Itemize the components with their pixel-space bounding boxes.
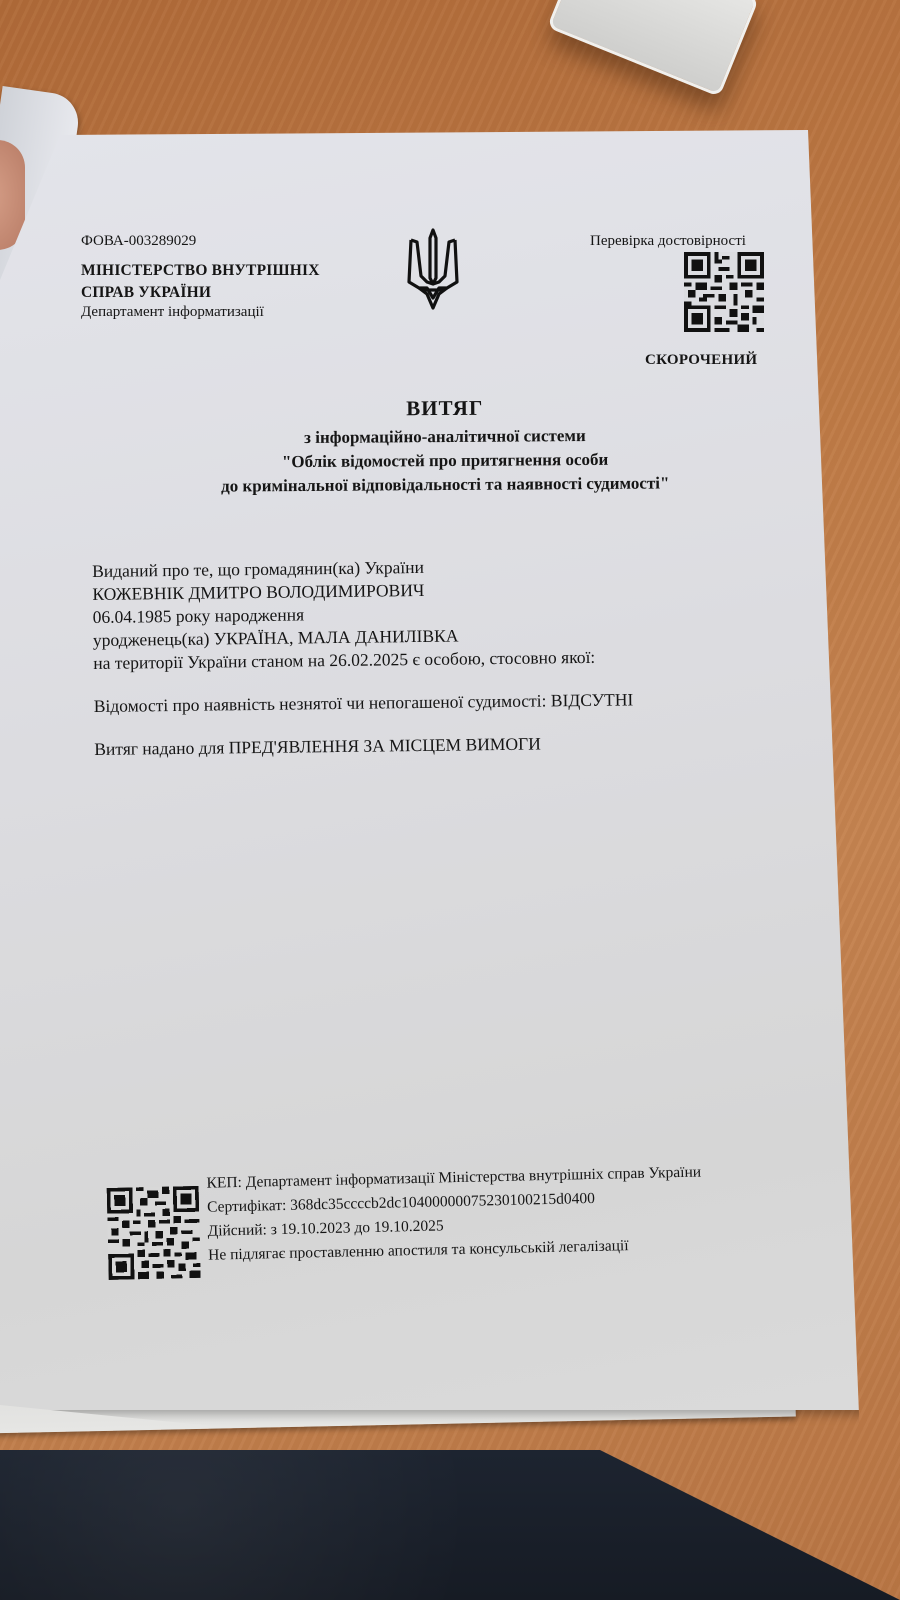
ministry-line-2: СПРАВ УКРАЇНИ: [81, 282, 320, 304]
signature-details: КЕП: Департамент інформатизації Міністер…: [206, 1161, 703, 1268]
document-type-label: СКОРОЧЕНИЙ: [645, 352, 757, 369]
ministry-name: МІНІСТЕРСТВО ВНУТРІШНІХ СПРАВ УКРАЇНИ: [81, 260, 320, 304]
title-line-3: до кримінальної відповідальності та наяв…: [150, 471, 740, 499]
signature-footer: КЕП: Департамент інформатизації Міністер…: [106, 1145, 786, 1160]
verify-authenticity-label: Перевірка достовірності: [590, 233, 746, 250]
document-number: ФОВА-003289029: [81, 233, 196, 250]
qr-code-icon[interactable]: [107, 1186, 201, 1280]
trident-icon: [405, 228, 461, 310]
document-body: Виданий про те, що громадянин(ка) Україн…: [92, 552, 774, 761]
ministry-line-1: МІНІСТЕРСТВО ВНУТРІШНІХ: [81, 260, 320, 282]
document-title: ВИТЯГ з інформаційно-аналітичної системи…: [150, 394, 741, 499]
document-content: ФОВА-003289029 МІНІСТЕРСТВО ВНУТРІШНІХ С…: [0, 0, 900, 1600]
department-name: Департамент інформатизації: [81, 304, 264, 321]
qr-code-icon[interactable]: [682, 252, 766, 332]
title-main: ВИТЯГ: [150, 394, 740, 423]
